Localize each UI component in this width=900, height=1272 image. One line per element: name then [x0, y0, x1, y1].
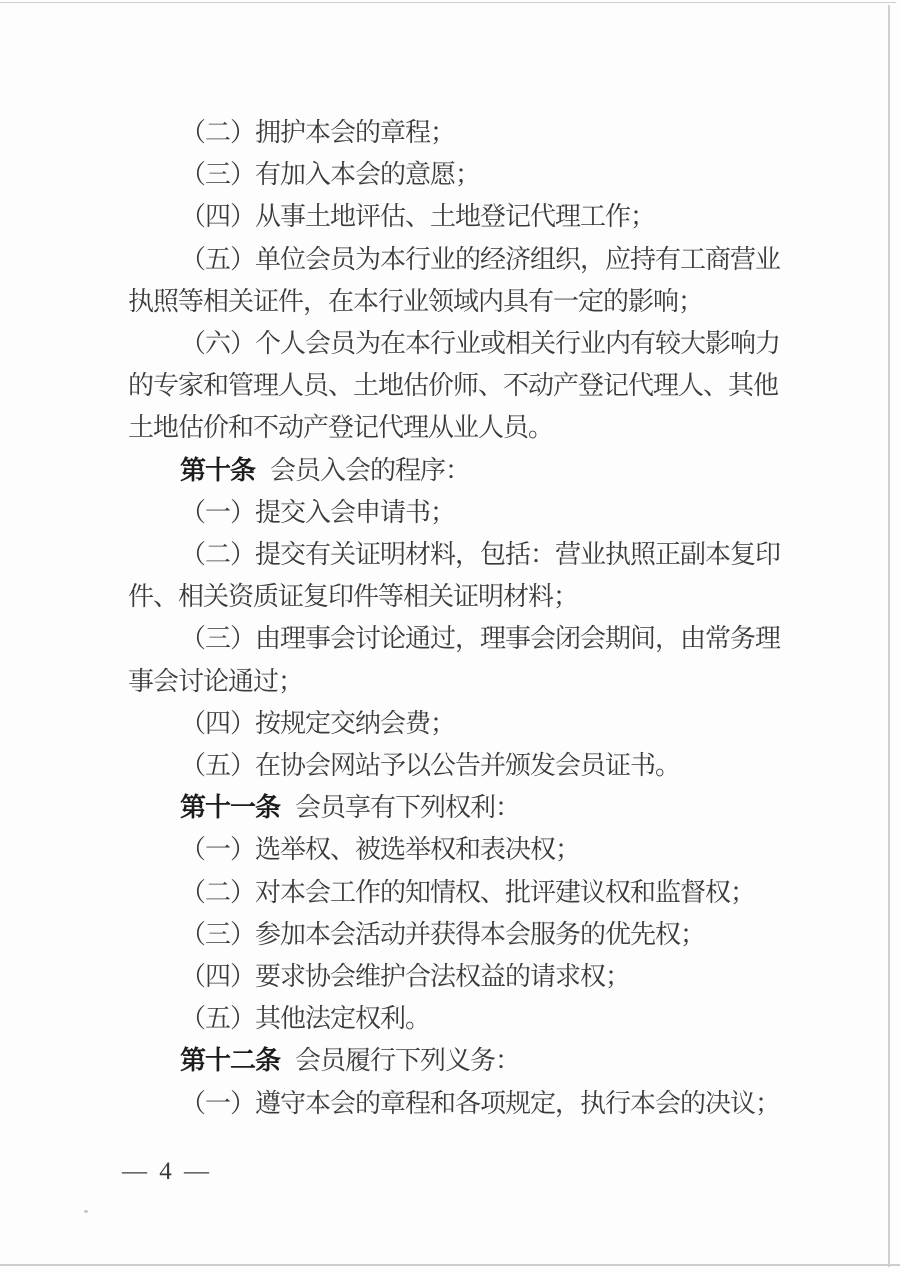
article-number-label: 第十条	[180, 456, 255, 485]
clause-line: （四）要求协会维护合法权益的请求权；	[128, 956, 790, 998]
article-heading: 第十条会员入会的程序：	[128, 450, 790, 492]
article-heading-text: 会员履行下列义务：	[295, 1046, 520, 1075]
scan-edge-bottom	[0, 1264, 900, 1266]
article-number-label: 第十一条	[180, 793, 280, 822]
clause-line: （五）其他法定权利。	[128, 998, 790, 1040]
clause-line: （三）有加入本会的意愿；	[128, 154, 790, 196]
clause-line: （二）拥护本会的章程；	[128, 112, 790, 154]
scan-speck	[84, 1210, 88, 1213]
clause-line: （二）提交有关证明材料，包括：营业执照正副本复印	[128, 534, 790, 576]
article-heading: 第十二条会员履行下列义务：	[128, 1040, 790, 1082]
scan-edge-top	[0, 2, 896, 3]
clause-line: （一）选举权、被选举权和表决权；	[128, 829, 790, 871]
document-body: （二）拥护本会的章程；（三）有加入本会的意愿；（四）从事土地评估、土地登记代理工…	[128, 112, 790, 1125]
clause-line: （四）从事土地评估、土地登记代理工作；	[128, 196, 790, 238]
clause-line: （六）个人会员为在本行业或相关行业内有较大影响力	[128, 323, 790, 365]
clause-line: 事会讨论通过；	[128, 661, 790, 703]
clause-line: （五）单位会员为本行业的经济组织，应持有工商营业	[128, 239, 790, 281]
clause-line: （三）由理事会讨论通过，理事会闭会期间，由常务理	[128, 618, 790, 660]
clause-line: （二）对本会工作的知情权、批评建议权和监督权；	[128, 872, 790, 914]
clause-line: （五）在协会网站予以公告并颁发会员证书。	[128, 745, 790, 787]
clause-line: 的专家和管理人员、土地估价师、不动产登记代理人、其他	[128, 365, 790, 407]
clause-line: （四）按规定交纳会费；	[128, 703, 790, 745]
article-heading: 第十一条会员享有下列权利：	[128, 787, 790, 829]
clause-line: （一）遵守本会的章程和各项规定，执行本会的决议；	[128, 1083, 790, 1125]
article-heading-text: 会员入会的程序：	[270, 456, 470, 485]
article-number-label: 第十二条	[180, 1046, 280, 1075]
clause-line: 土地估价和不动产登记代理从业人员。	[128, 407, 790, 449]
article-heading-text: 会员享有下列权利：	[295, 793, 520, 822]
scanned-document-page: （二）拥护本会的章程；（三）有加入本会的意愿；（四）从事土地评估、土地登记代理工…	[0, 0, 900, 1272]
scan-edge-right	[888, 5, 890, 1267]
clause-line: 执照等相关证件，在本行业领域内具有一定的影响；	[128, 281, 790, 323]
clause-line: （一）提交入会申请书；	[128, 492, 790, 534]
clause-line: 件、相关资质证复印件等相关证明材料；	[128, 576, 790, 618]
page-number: — 4 —	[122, 1158, 212, 1186]
clause-line: （三）参加本会活动并获得本会服务的优先权；	[128, 914, 790, 956]
